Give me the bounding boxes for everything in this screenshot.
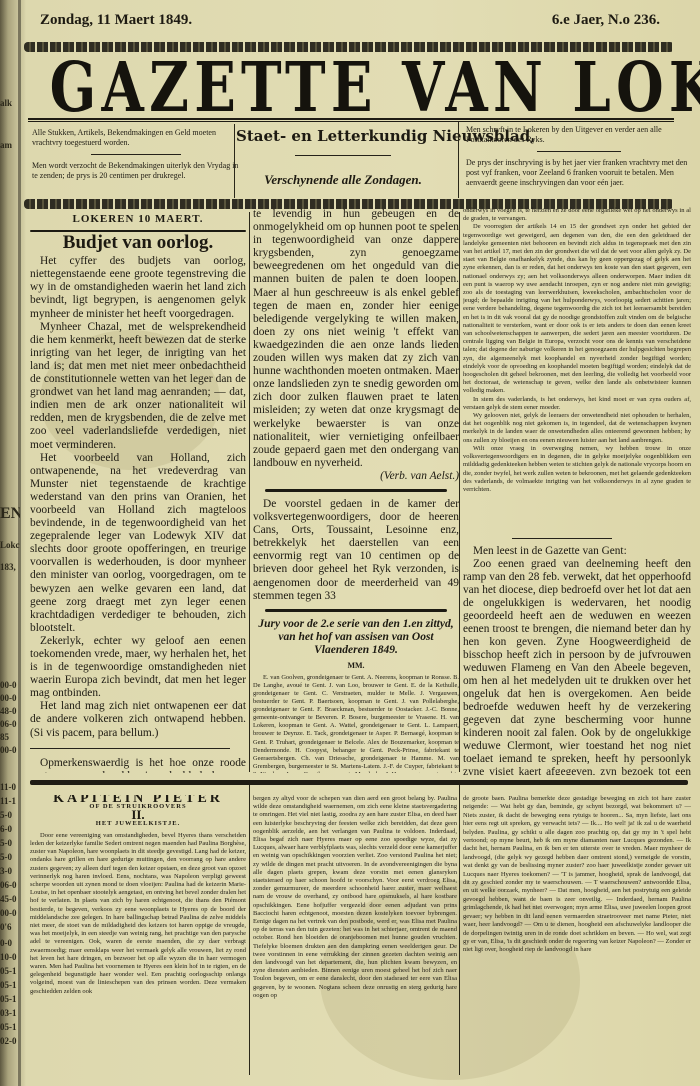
edge-fragment: 00-0 xyxy=(0,680,20,690)
notice-text: Alle Stukken, Artikels, Bekendmakingen e… xyxy=(32,128,240,148)
edge-fragment: am xyxy=(0,140,20,150)
notice-text: De prys der inschryving is by het jaer v… xyxy=(466,158,692,188)
article-paragraph: Mynheer Chazal, met de welsprekendheid d… xyxy=(30,321,246,452)
feuilleton-text: de groote baen. Paulina bemerkte deze ge… xyxy=(463,795,691,955)
column-3-top: onderwys in voegen is, te herzien en ze … xyxy=(463,207,691,537)
edge-fragment: 06-0 xyxy=(0,880,20,890)
column-divider xyxy=(249,212,250,772)
issue-date: Zondag, 11 Maert 1849. xyxy=(40,12,192,29)
feuilleton-rule xyxy=(30,780,688,785)
article-paragraph: Opmerkenswaerdig is het hoe onze roode m… xyxy=(30,757,246,773)
edge-fragment: 183, xyxy=(0,562,20,572)
edge-fragment: 85 xyxy=(0,732,20,742)
edge-fragment: 02-0 xyxy=(0,1036,20,1046)
article-title: Budjet van oorlog. xyxy=(30,236,246,249)
edge-fragment: 48-0 xyxy=(0,706,20,716)
attribution: (Verb. van Aelst.) xyxy=(253,470,459,483)
submission-notice: Alle Stukken, Artikels, Bekendmakingen e… xyxy=(32,128,240,181)
newspaper-page: alk am EN Lokc 183, 00-0 00-0 48-0 06-0 … xyxy=(0,0,700,1086)
gazette-paragraph: Zoo eenen graed van deelneming heeft den… xyxy=(463,558,691,775)
edge-fragment: 06-0 xyxy=(0,719,20,729)
edge-fragment: 10-0 xyxy=(0,952,20,962)
edge-fragment: 11-1 xyxy=(0,796,20,806)
chapter-title: HET JUWEELKISTJE. xyxy=(30,820,246,828)
petition-paragraph: onderwys in voegen is, te herzien en ze … xyxy=(463,207,691,223)
dateline: Zondag, 11 Maert 1849. 6.e Jaer, N.o 236… xyxy=(40,12,660,34)
edge-fragment: 5-0 xyxy=(0,838,20,848)
subtitle: Staet- en Letterkundig Nieuwsblad, xyxy=(236,127,450,145)
column-divider xyxy=(459,212,460,772)
edge-fragment: 00-0 xyxy=(0,693,20,703)
divider xyxy=(512,538,612,539)
divider xyxy=(265,609,447,612)
divider xyxy=(295,155,391,156)
article-paragraph: Het cyffer des budjets van oorlog, niett… xyxy=(30,255,246,320)
divider xyxy=(537,151,621,152)
petition-paragraph: Wy gelooven niet, gelyk de leeraers der … xyxy=(463,412,691,445)
edge-fragment: EN xyxy=(0,505,20,523)
feuilleton-text: Door eene vereeniging van omstandigheden… xyxy=(30,832,246,996)
edge-fragment: 03-1 xyxy=(0,1008,20,1018)
gazette-intro: Men leest in de Gazette van Gent: xyxy=(463,545,691,558)
section-heading: LOKEREN 10 MAERT. xyxy=(30,213,246,226)
petition-paragraph: De voorregten der artikels 14 en 15 der … xyxy=(463,223,691,395)
feuilleton-title: KAPITEIN PIETER xyxy=(30,795,246,803)
edge-fragment: 5-0 xyxy=(0,852,20,862)
feuilleton-column-2: bergen zy altyd voor de schepen van dien… xyxy=(253,795,457,1057)
jury-heading: MM. xyxy=(253,659,459,672)
edge-fragment: 05-1 xyxy=(0,1022,20,1032)
edge-fragment: 45-0 xyxy=(0,894,20,904)
column-2: te levendig in hun gebeugen en de onmoge… xyxy=(253,208,459,773)
column-divider xyxy=(234,124,235,198)
chapter-number: II. xyxy=(30,811,246,819)
divider xyxy=(265,489,447,492)
vote-paragraph: De voorstel gedaen in de kamer der volks… xyxy=(253,498,459,603)
issue-number: 6.e Jaer, N.o 236. xyxy=(552,12,660,29)
edge-fragment: 11-0 xyxy=(0,782,20,792)
masthead-title: GAZETTE VAN LOKEREN. xyxy=(50,54,631,122)
edge-fragment: 0-0 xyxy=(0,938,20,948)
subtitle-block: Staet- en Letterkundig Nieuwsblad, Versc… xyxy=(236,127,450,188)
notice-text: Men schryft in te Lokeren by den Uitgeve… xyxy=(466,125,692,145)
edge-fragment: 05-1 xyxy=(0,966,20,976)
petition-paragraph: Wilt onze vraeg in overweging nemen, wy … xyxy=(463,445,691,494)
masthead-rule xyxy=(28,118,674,120)
divider xyxy=(91,154,181,155)
petition-paragraph: In stem des vaderlands, is het onderwys,… xyxy=(463,396,691,412)
column-3-gazette: Men leest in de Gazette van Gent: Zoo ee… xyxy=(463,545,691,775)
jury-title: Jury voor de 2.e serie van den 1.en zitt… xyxy=(253,618,459,657)
divider xyxy=(30,748,230,749)
edge-fragment: 3-0 xyxy=(0,866,20,876)
feuilleton-column-1: KAPITEIN PIETER OF DE STRUIKROOVERS II. … xyxy=(30,795,246,1075)
edge-fragment: 00-0 xyxy=(0,908,20,918)
masthead-rule xyxy=(28,121,674,122)
jury-list: E. van Goolven, grondeigenaer te Gent. A… xyxy=(253,674,459,773)
article-paragraph: Het voorbeeld van Holland, zich ontwapen… xyxy=(30,452,246,635)
edge-fragment: 5-0 xyxy=(0,810,20,820)
feuilleton-column-3: de groote baen. Paulina bemerkte deze ge… xyxy=(463,795,691,1057)
subscription-notice: Men schryft in te Lokeren by den Uitgeve… xyxy=(466,125,692,188)
article-paragraph: te levendig in hun gebeugen en de onmoge… xyxy=(253,208,459,470)
article-paragraph: Zekerlyk, echter wy geloof aen eenen toe… xyxy=(30,635,246,700)
notice-text: Men wordt verzocht de Bekendmakingen uit… xyxy=(32,161,240,181)
edge-fragment: 0'6 xyxy=(0,922,20,932)
edge-fragment: alk xyxy=(0,98,20,108)
edge-fragment: 00-0 xyxy=(0,745,20,755)
column-divider xyxy=(458,122,459,198)
edge-fragment: 05-1 xyxy=(0,994,20,1004)
edge-fragment: 05-1 xyxy=(0,980,20,990)
column-1: LOKEREN 10 MAERT. Budjet van oorlog. Het… xyxy=(30,213,246,773)
feuilleton-text: bergen zy altyd voor de schepen van dien… xyxy=(253,795,457,1000)
column-divider xyxy=(249,785,250,1075)
column-divider xyxy=(459,785,460,1075)
tagline: Verschynende alle Zondagen. xyxy=(236,172,450,188)
article-paragraph: Het land mag zich niet ontwapenen eer da… xyxy=(30,700,246,739)
edge-fragment: 6-0 xyxy=(0,824,20,834)
edge-fragment: Lokc xyxy=(0,540,20,550)
